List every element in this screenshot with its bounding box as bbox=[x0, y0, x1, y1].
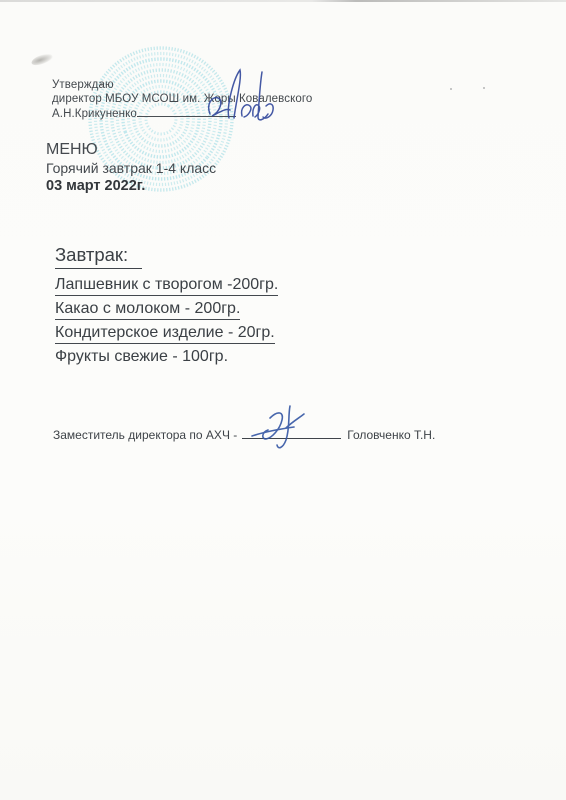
menu-item-text: Лапшевник с творогом -200гр. bbox=[55, 276, 278, 296]
section-heading-text: Завтрак: bbox=[55, 244, 142, 269]
paper-speck bbox=[483, 87, 485, 89]
paper-speck bbox=[450, 88, 452, 90]
footer-signature-row: Заместитель директора по АХЧ -Головченко… bbox=[53, 428, 435, 442]
menu-title: МЕНЮ bbox=[46, 140, 216, 160]
menu-item: Фрукты свежие - 100гр. bbox=[55, 348, 278, 367]
section-heading: Завтрак: bbox=[55, 244, 142, 269]
footer-label: Заместитель директора по АХЧ - bbox=[53, 428, 237, 442]
paper-smudge bbox=[30, 52, 54, 67]
scan-edge-artifact bbox=[0, 0, 566, 2]
menu-item-text: Фрукты свежие - 100гр. bbox=[55, 348, 228, 367]
menu-item: Какао с молоком - 200гр. bbox=[55, 300, 278, 320]
footer-signer-name: Головченко Т.Н. bbox=[347, 428, 435, 442]
menu-item-text: Какао с молоком - 200гр. bbox=[55, 300, 240, 320]
menu-item-text: Кондитерское изделие - 20гр. bbox=[55, 324, 275, 344]
deputy-signature bbox=[246, 398, 324, 454]
menu-item-list: Лапшевник с творогом -200гр. Какао с мол… bbox=[55, 276, 278, 371]
approval-signer-name: А.Н.Крикуненко bbox=[52, 108, 137, 120]
scanned-menu-document: Утверждаю директор МБОУ МСОШ им. Жоры Ко… bbox=[0, 0, 566, 800]
menu-subtitle: Горячий завтрак 1-4 класс bbox=[46, 160, 216, 178]
menu-item: Лапшевник с творогом -200гр. bbox=[55, 276, 278, 296]
menu-header: МЕНЮ Горячий завтрак 1-4 класс 03 март 2… bbox=[46, 140, 216, 195]
menu-item: Кондитерское изделие - 20гр. bbox=[55, 324, 278, 344]
director-signature bbox=[196, 62, 282, 128]
menu-date: 03 март 2022г. bbox=[46, 178, 216, 196]
